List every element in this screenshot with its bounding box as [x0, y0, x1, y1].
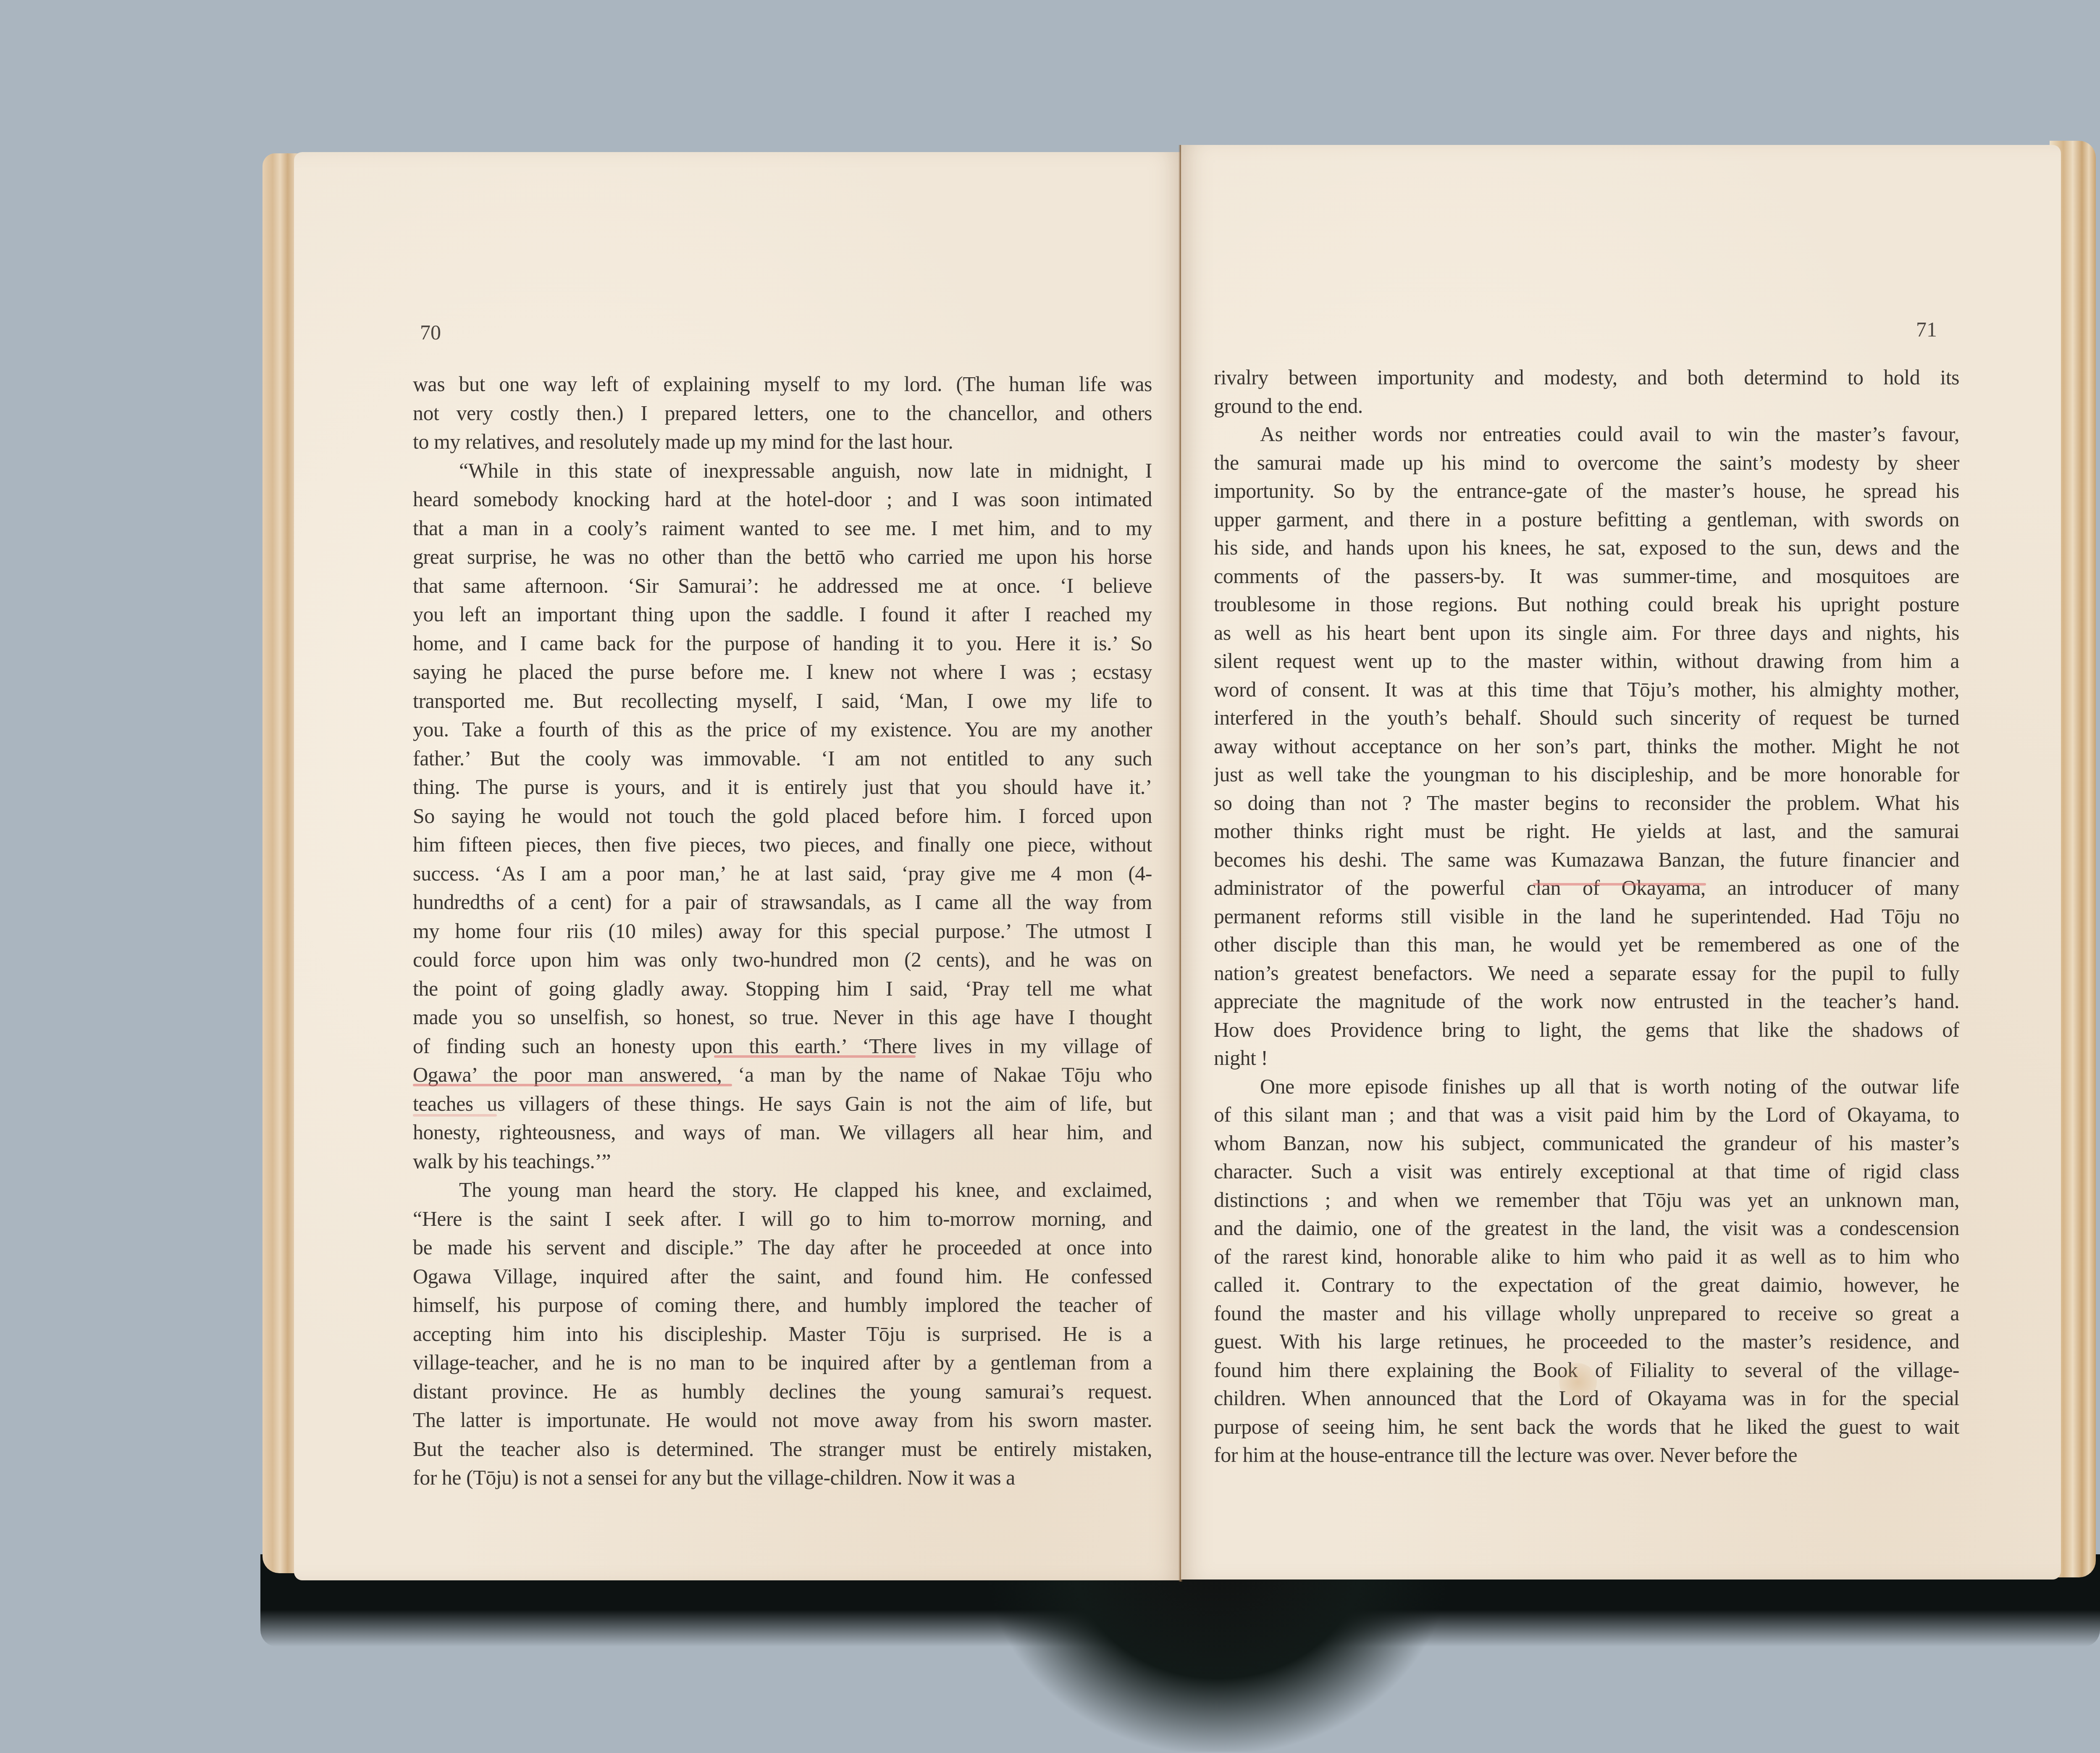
text-line: “Here is the saint I seek after. I will …: [413, 1204, 1152, 1233]
text-line: you left an important thing upon the sad…: [413, 600, 1152, 629]
right-page-text: rivalry between importunity and modesty,…: [1214, 363, 1959, 1469]
text-line: distant province. He as humbly declines …: [413, 1377, 1152, 1406]
text-line: success. ‘As I am a poor man,’ he at las…: [413, 859, 1152, 888]
text-line: silent request went up to the master wit…: [1214, 647, 1959, 675]
text-line: night !: [1214, 1044, 1959, 1072]
text-line: ground to the end.: [1214, 392, 1959, 421]
text-line: walk by his teachings.’”: [413, 1147, 1152, 1176]
text-line: accepting him into his discipleship. Mas…: [413, 1319, 1152, 1348]
red-pencil-underline: [714, 1055, 916, 1058]
red-pencil-underline: [413, 1084, 732, 1086]
text-line: transported me. But recollecting myself,…: [413, 686, 1152, 715]
text-line: honesty, righteousness, and ways of man.…: [413, 1118, 1152, 1147]
text-line: But the teacher also is determined. The …: [413, 1435, 1152, 1464]
text-line: thing. The purse is yours, and it is ent…: [413, 773, 1152, 802]
text-line: word of consent. It was at this time tha…: [1214, 675, 1959, 704]
text-line: for he (Tōju) is not a sensei for any bu…: [413, 1463, 1152, 1492]
text-line: to my relatives, and resolutely made up …: [413, 427, 1152, 456]
red-pencil-underline: [413, 1114, 497, 1117]
text-line: away without acceptance on her son’s par…: [1214, 732, 1959, 761]
text-line: his side, and hands upon his knees, he s…: [1214, 534, 1959, 562]
spine-shadow: [987, 1550, 1449, 1752]
text-line: Ogawa Village, inquired after the saint,…: [413, 1262, 1152, 1291]
text-line: village-teacher, and he is no man to be …: [413, 1348, 1152, 1377]
text-line: made you so unselfish, so honest, so tru…: [413, 1003, 1152, 1032]
text-line: himself, his purpose of coming there, an…: [413, 1290, 1152, 1319]
text-line: comments of the passers-by. It was summe…: [1214, 562, 1959, 591]
text-line: father.’ But the cooly was immovable. ‘I…: [413, 744, 1152, 773]
text-line: my home four riis (10 miles) away for th…: [413, 917, 1152, 946]
text-line: troublesome in those regions. But nothin…: [1214, 590, 1959, 619]
text-line: One more episode finishes up all that is…: [1214, 1072, 1959, 1101]
text-line: The young man heard the story. He clappe…: [413, 1175, 1152, 1204]
text-line: called it. Contrary to the expectation o…: [1214, 1271, 1959, 1299]
text-line: upper garment, and there in a posture be…: [1214, 505, 1959, 534]
text-line: the samurai made up his mind to overcome…: [1214, 449, 1959, 477]
text-line: home, and I came back for the purpose of…: [413, 629, 1152, 658]
text-line: So saying he would not touch the gold pl…: [413, 802, 1152, 831]
text-line: permanent reforms still visible in the l…: [1214, 902, 1959, 931]
text-line: rivalry between importunity and modesty,…: [1214, 363, 1959, 392]
text-line: great surprise, he was no other than the…: [413, 542, 1152, 571]
text-line: not very costly then.) I prepared letter…: [413, 399, 1152, 428]
text-line: distinctions ; and when we remember that…: [1214, 1186, 1959, 1214]
text-line: so doing than not ? The master begins to…: [1214, 789, 1959, 817]
text-line: heard somebody knocking hard at the hote…: [413, 485, 1152, 514]
text-line: character. Such a visit was entirely exc…: [1214, 1157, 1959, 1186]
red-pencil-underline: [1533, 883, 1706, 886]
text-line: mother thinks right must be right. He yi…: [1214, 817, 1959, 846]
text-line: be made his servent and disciple.” The d…: [413, 1233, 1152, 1262]
text-line: just as well take the youngman to his di…: [1214, 760, 1959, 789]
text-line: whom Banzan, now his subject, communicat…: [1214, 1129, 1959, 1158]
text-line: could force upon him was only two-hundre…: [413, 945, 1152, 974]
text-line: importunity. So by the entrance-gate of …: [1214, 477, 1959, 505]
page-number-right: 71: [1916, 317, 1937, 342]
left-page-text: was but one way left of explaining mysel…: [413, 370, 1152, 1492]
text-line: hundredths of a cent) for a pair of stra…: [413, 888, 1152, 917]
text-line: other disciple than this man, he would y…: [1214, 930, 1959, 959]
left-page: 70 was but one way left of explaining my…: [294, 152, 1181, 1580]
text-line: teaches us villagers of these things. He…: [413, 1089, 1152, 1118]
text-line: that a man in a cooly’s raiment wanted t…: [413, 514, 1152, 543]
text-line: administrator of the powerful clan of Ok…: [1214, 874, 1959, 902]
text-line: found the master and his village wholly …: [1214, 1299, 1959, 1328]
text-line: How does Providence bring to light, the …: [1214, 1016, 1959, 1044]
text-line: for him at the house-entrance till the l…: [1214, 1441, 1959, 1469]
text-line: appreciate the magnitude of the work now…: [1214, 987, 1959, 1016]
text-line: becomes his deshi. The same was Kumazawa…: [1214, 846, 1959, 874]
text-line: and the daimio, one of the greatest in t…: [1214, 1214, 1959, 1243]
text-line: you. Take a fourth of this as the price …: [413, 715, 1152, 744]
text-line: As neither words nor entreaties could av…: [1214, 420, 1959, 449]
text-line: interfered in the youth’s behalf. Should…: [1214, 704, 1959, 732]
text-line: of the rarest kind, honorable alike to h…: [1214, 1243, 1959, 1271]
page-number-left: 70: [420, 320, 441, 344]
foxing-stain: [1559, 1363, 1597, 1401]
text-line: of this silant man ; and that was a visi…: [1214, 1101, 1959, 1129]
text-line: saying he placed the purse before me. I …: [413, 657, 1152, 686]
text-line: nation’s greatest benefactors. We need a…: [1214, 959, 1959, 988]
right-page: 71 rivalry between importunity and modes…: [1181, 145, 2061, 1580]
text-line: The latter is importunate. He would not …: [413, 1406, 1152, 1435]
text-line: guest. With his large retinues, he proce…: [1214, 1327, 1959, 1356]
text-line: “While in this state of inexpressable an…: [413, 456, 1152, 485]
text-line: was but one way left of explaining mysel…: [413, 370, 1152, 399]
text-line: purpose of seeing him, he sent back the …: [1214, 1413, 1959, 1441]
text-line: that same afternoon. ‘Sir Samurai’: he a…: [413, 571, 1152, 600]
text-line: him fifteen pieces, then five pieces, tw…: [413, 830, 1152, 859]
text-line: as well as his heart bent upon its singl…: [1214, 619, 1959, 647]
text-line: the point of going gladly away. Stopping…: [413, 974, 1152, 1003]
